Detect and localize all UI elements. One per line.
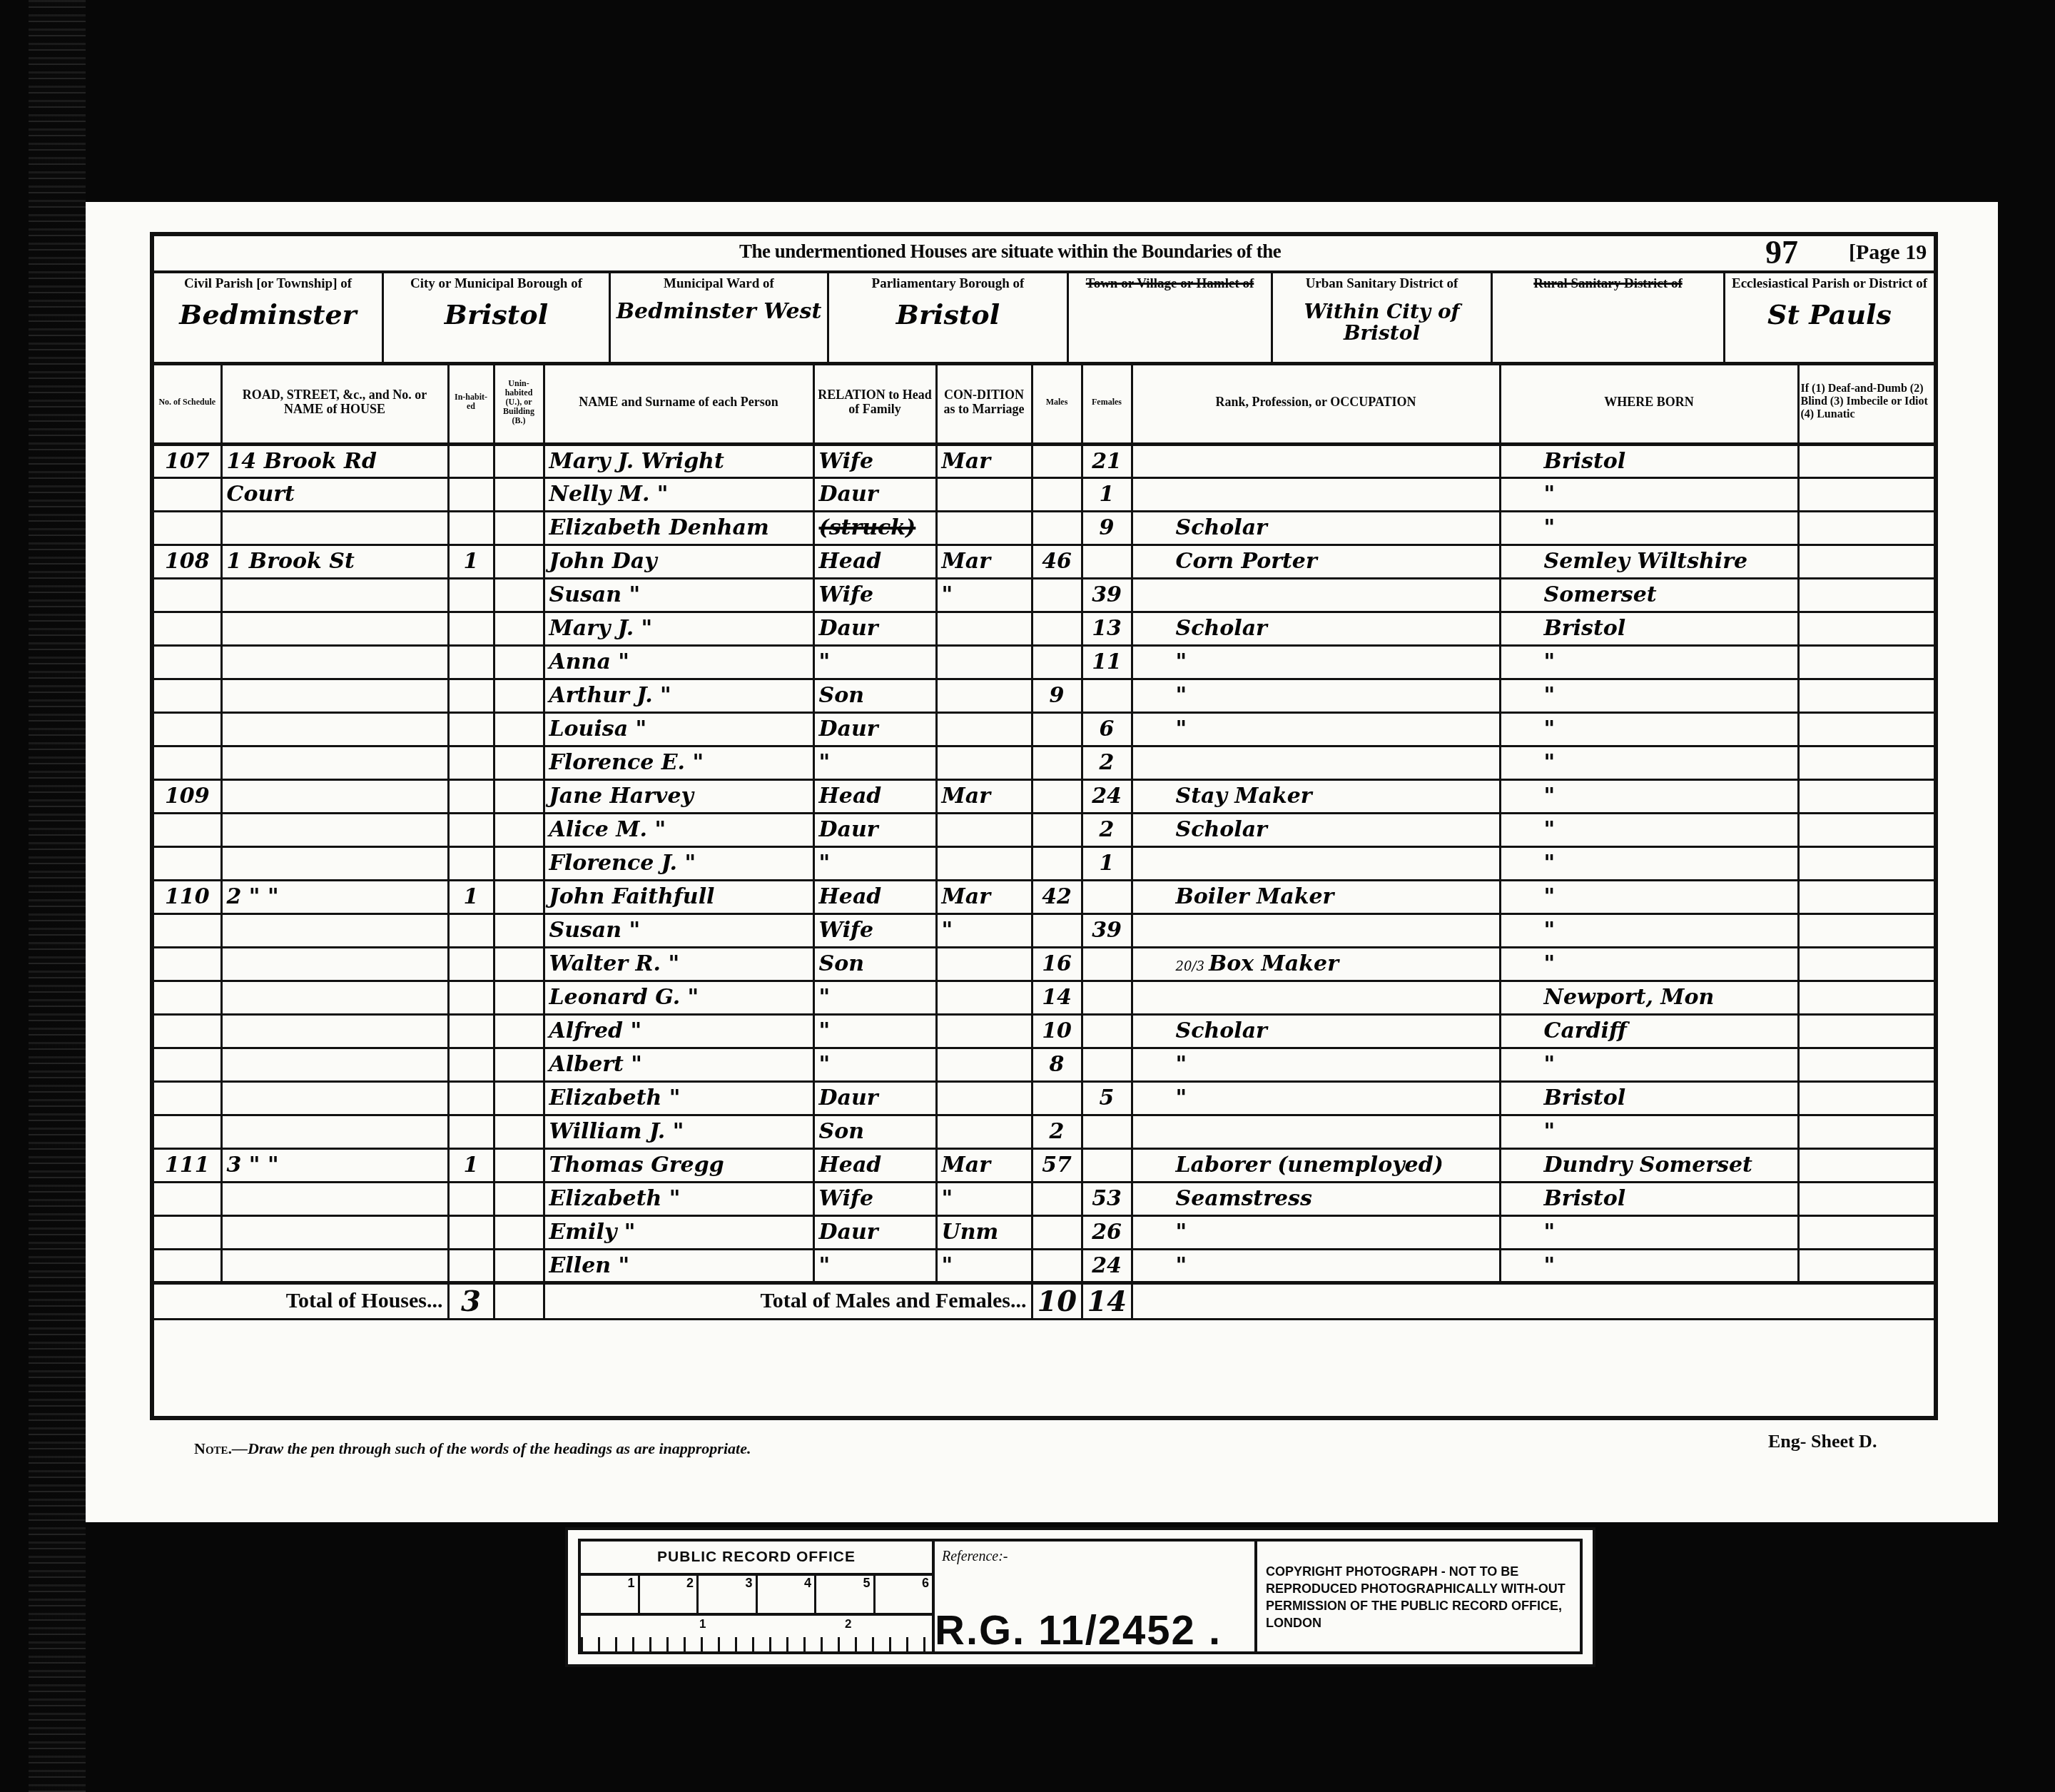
table-row: Albert ""8"" [154, 1048, 1934, 1081]
inch-mark: 6 [876, 1576, 933, 1613]
cm-scale: 1 2 [581, 1616, 932, 1653]
civil-parish-label: Civil Parish [or Township] of [154, 276, 382, 291]
where-born-cell: " [1500, 813, 1798, 846]
road-cell [221, 846, 448, 880]
table-row: Alfred ""10ScholarCardiff [154, 1014, 1934, 1048]
road-cell [221, 1182, 448, 1215]
where-born-cell: " [1500, 746, 1798, 779]
condition-cell [936, 846, 1032, 880]
road-cell [221, 645, 448, 679]
uninhabited-cell [494, 545, 544, 578]
inhabited-cell [448, 1014, 494, 1048]
occupation-cell: Scholar [1132, 1014, 1500, 1048]
census-table: No. of Schedule ROAD, STREET, &c., and N… [154, 362, 1934, 1320]
male-age-cell: 16 [1032, 947, 1082, 981]
table-row: 1081 Brook St1John DayHeadMar46Corn Port… [154, 545, 1934, 578]
table-row: Elizabeth Denham(struck)9Scholar" [154, 511, 1934, 545]
infirmity-cell [1798, 1148, 1934, 1182]
female-age-cell: 53 [1082, 1182, 1132, 1215]
road-cell [221, 947, 448, 981]
road-cell: 3 " " [221, 1148, 448, 1182]
infirmity-cell [1798, 477, 1934, 511]
infirmity-cell [1798, 1249, 1934, 1282]
occupation-cell [1132, 477, 1500, 511]
header-road: ROAD, STREET, &c., and No. or NAME of HO… [221, 362, 448, 444]
inhabited-cell [448, 846, 494, 880]
parliamentary-borough-cell: Parliamentary Borough of Bristol [829, 270, 1069, 362]
uninhabited-cell [494, 813, 544, 846]
relation-cell: " [813, 1048, 936, 1081]
male-age-cell [1032, 746, 1082, 779]
occupation-cell: " [1132, 1215, 1500, 1249]
name-cell: Alice M. " [544, 813, 813, 846]
name-cell: Mary J. " [544, 612, 813, 645]
total-females-value: 14 [1082, 1282, 1132, 1319]
reference-value: R.G. 11/2452 . [935, 1606, 1222, 1654]
table-row: Florence J. ""1" [154, 846, 1934, 880]
relation-cell: " [813, 645, 936, 679]
footnote: Note.—Draw the pen through such of the w… [194, 1439, 751, 1458]
condition-cell [936, 612, 1032, 645]
header-relation: RELATION to Head of Family [813, 362, 936, 444]
occupation-cell: " [1132, 1048, 1500, 1081]
male-age-cell [1032, 645, 1082, 679]
scale-ruler: PUBLIC RECORD OFFICE 1 2 3 4 5 6 1 2 [581, 1542, 935, 1651]
occupation-cell: Corn Porter [1132, 545, 1500, 578]
infirmity-cell [1798, 511, 1934, 545]
inhabited-cell: 1 [448, 880, 494, 913]
occupation-cell [1132, 746, 1500, 779]
uninhabited-cell [494, 1081, 544, 1115]
inhabited-cell [448, 1249, 494, 1282]
sheet-number: 97 [1765, 233, 1798, 271]
female-age-cell [1082, 545, 1132, 578]
rural-sanitary-cell: Rural Sanitary District of [1493, 270, 1725, 362]
infirmity-cell [1798, 746, 1934, 779]
name-cell: Emily " [544, 1215, 813, 1249]
cm-mark: 2 [845, 1617, 851, 1631]
where-born-cell: " [1500, 511, 1798, 545]
where-born-cell: " [1500, 477, 1798, 511]
table-row: Ellen """24"" [154, 1249, 1934, 1282]
relation-cell: Daur [813, 813, 936, 846]
male-age-cell [1032, 444, 1082, 477]
male-age-cell [1032, 477, 1082, 511]
where-born-cell: " [1500, 880, 1798, 913]
road-cell [221, 712, 448, 746]
name-cell: Mary J. Wright [544, 444, 813, 477]
road-cell [221, 1081, 448, 1115]
road-cell: 2 " " [221, 880, 448, 913]
header-occupation: Rank, Profession, or OCCUPATION [1132, 362, 1500, 444]
condition-cell: " [936, 1182, 1032, 1215]
inhabited-cell: 1 [448, 1148, 494, 1182]
name-cell: Florence J. " [544, 846, 813, 880]
table-row: Walter R. "Son1620/3Box Maker" [154, 947, 1934, 981]
female-age-cell [1082, 1115, 1132, 1148]
where-born-cell: " [1500, 1115, 1798, 1148]
title-row: The undermentioned Houses are situate wi… [154, 236, 1934, 273]
archive-label: PUBLIC RECORD OFFICE 1 2 3 4 5 6 1 2 Ref… [565, 1527, 1595, 1667]
inhabited-cell [448, 578, 494, 612]
total-persons-label: Total of Males and Females... [544, 1282, 1032, 1319]
female-age-cell [1082, 947, 1132, 981]
infirmity-cell [1798, 779, 1934, 813]
male-age-cell [1032, 1182, 1082, 1215]
table-row: CourtNelly M. "Daur1" [154, 477, 1934, 511]
relation-cell: Wife [813, 578, 936, 612]
relation-cell: " [813, 846, 936, 880]
where-born-cell: " [1500, 779, 1798, 813]
table-row: Alice M. "Daur2Scholar" [154, 813, 1934, 846]
total-males-value: 10 [1032, 1282, 1082, 1319]
female-age-cell: 26 [1082, 1215, 1132, 1249]
table-row: Susan "Wife"39" [154, 913, 1934, 947]
inhabited-cell [448, 1115, 494, 1148]
where-born-cell: Bristol [1500, 612, 1798, 645]
relation-cell: Head [813, 545, 936, 578]
relation-cell: Wife [813, 913, 936, 947]
urban-sanitary-value: Within City of Bristol [1273, 301, 1491, 344]
uninhabited-cell [494, 1048, 544, 1081]
schedule-cell: 111 [154, 1148, 221, 1182]
road-cell [221, 1115, 448, 1148]
infirmity-cell [1798, 947, 1934, 981]
name-cell: Jane Harvey [544, 779, 813, 813]
occupation-text: Box Maker [1209, 951, 1339, 976]
occupation-cell: Scholar [1132, 511, 1500, 545]
where-born-cell: Cardiff [1500, 1014, 1798, 1048]
road-cell: 14 Brook Rd [221, 444, 448, 477]
total-uninhabited-cell [494, 1282, 544, 1319]
female-age-cell: 1 [1082, 846, 1132, 880]
infirmity-cell [1798, 1014, 1934, 1048]
female-age-cell: 24 [1082, 1249, 1132, 1282]
condition-cell [936, 511, 1032, 545]
inch-scale: 1 2 3 4 5 6 [581, 1576, 932, 1616]
census-table-wrapper: No. of Schedule ROAD, STREET, &c., and N… [154, 362, 1934, 1416]
name-cell: Florence E. " [544, 746, 813, 779]
condition-cell [936, 813, 1032, 846]
condition-cell [936, 1048, 1032, 1081]
table-row: Mary J. "Daur13ScholarBristol [154, 612, 1934, 645]
uninhabited-cell [494, 1215, 544, 1249]
where-born-cell: Dundry Somerset [1500, 1148, 1798, 1182]
occupation-cell: Boiler Maker [1132, 880, 1500, 913]
municipal-ward-value: Bedminster West [611, 301, 827, 323]
table-row: Leonard G. ""14Newport, Mon [154, 981, 1934, 1014]
infirmity-cell [1798, 578, 1934, 612]
female-age-cell: 9 [1082, 511, 1132, 545]
schedule-cell [154, 913, 221, 947]
occupation-note: 20/3 [1176, 959, 1204, 974]
census-form: The undermentioned Houses are situate wi… [150, 232, 1938, 1420]
male-age-cell [1032, 813, 1082, 846]
male-age-cell: 57 [1032, 1148, 1082, 1182]
condition-cell [936, 1014, 1032, 1048]
form-title: The undermentioned Houses are situate wi… [739, 241, 1281, 263]
inhabited-cell [448, 981, 494, 1014]
female-age-cell [1082, 1048, 1132, 1081]
where-born-cell: Semley Wiltshire [1500, 545, 1798, 578]
male-age-cell: 46 [1032, 545, 1082, 578]
relation-cell: Son [813, 947, 936, 981]
condition-cell: Mar [936, 545, 1032, 578]
inhabited-cell [448, 947, 494, 981]
infirmity-cell [1798, 880, 1934, 913]
schedule-cell [154, 947, 221, 981]
relation-cell: Wife [813, 444, 936, 477]
parliamentary-borough-label: Parliamentary Borough of [829, 276, 1067, 291]
schedule-cell [154, 477, 221, 511]
female-age-cell [1082, 679, 1132, 712]
totals-blank [1132, 1282, 1934, 1319]
uninhabited-cell [494, 1014, 544, 1048]
female-age-cell: 2 [1082, 813, 1132, 846]
uninhabited-cell [494, 645, 544, 679]
where-born-cell: Bristol [1500, 1182, 1798, 1215]
occupation-cell [1132, 913, 1500, 947]
name-cell: John Faithfull [544, 880, 813, 913]
occupation-cell: " [1132, 1081, 1500, 1115]
schedule-cell: 110 [154, 880, 221, 913]
condition-cell: Mar [936, 880, 1032, 913]
relation-cell: Head [813, 779, 936, 813]
table-row: Emily "DaurUnm26"" [154, 1215, 1934, 1249]
where-born-cell: Bristol [1500, 444, 1798, 477]
road-cell [221, 779, 448, 813]
infirmity-cell [1798, 545, 1934, 578]
condition-cell [936, 712, 1032, 746]
male-age-cell [1032, 1081, 1082, 1115]
where-born-cell: " [1500, 1215, 1798, 1249]
inhabited-cell [448, 612, 494, 645]
where-born-cell: " [1500, 645, 1798, 679]
table-row: Arthur J. "Son9"" [154, 679, 1934, 712]
inhabited-cell [448, 444, 494, 477]
male-age-cell [1032, 913, 1082, 947]
male-age-cell [1032, 1215, 1082, 1249]
male-age-cell: 9 [1032, 679, 1082, 712]
relation-cell: Wife [813, 1182, 936, 1215]
occupation-cell: " [1132, 712, 1500, 746]
condition-cell [936, 679, 1032, 712]
uninhabited-cell [494, 746, 544, 779]
column-headers: No. of Schedule ROAD, STREET, &c., and N… [154, 362, 1934, 444]
road-cell [221, 813, 448, 846]
table-row: William J. "Son2" [154, 1115, 1934, 1148]
name-cell: Anna " [544, 645, 813, 679]
occupation-cell [1132, 981, 1500, 1014]
condition-cell: Mar [936, 1148, 1032, 1182]
infirmity-cell [1798, 1215, 1934, 1249]
road-cell [221, 511, 448, 545]
where-born-cell: " [1500, 679, 1798, 712]
occupation-cell: Laborer (unemployed) [1132, 1148, 1500, 1182]
where-born-cell: " [1500, 1249, 1798, 1282]
where-born-cell: " [1500, 846, 1798, 880]
total-houses-label: Total of Houses... [154, 1282, 448, 1319]
inhabited-cell [448, 1048, 494, 1081]
road-cell [221, 679, 448, 712]
municipal-ward-cell: Municipal Ward of Bedminster West [611, 270, 829, 362]
uninhabited-cell [494, 947, 544, 981]
infirmity-cell [1798, 913, 1934, 947]
inhabited-cell [448, 712, 494, 746]
road-cell [221, 1249, 448, 1282]
inhabited-cell [448, 1215, 494, 1249]
inch-mark: 3 [699, 1576, 758, 1613]
infirmity-cell [1798, 1081, 1934, 1115]
table-row: 109Jane HarveyHeadMar24Stay Maker" [154, 779, 1934, 813]
name-cell: Susan " [544, 913, 813, 947]
table-row: Anna ""11"" [154, 645, 1934, 679]
name-cell: Albert " [544, 1048, 813, 1081]
relation-cell: Son [813, 679, 936, 712]
reference-box: Reference:- R.G. 11/2452 . [935, 1542, 1257, 1651]
relation-cell: Daur [813, 612, 936, 645]
infirmity-cell [1798, 1182, 1934, 1215]
name-cell: Ellen " [544, 1249, 813, 1282]
table-row: Florence E. ""2" [154, 746, 1934, 779]
urban-sanitary-cell: Urban Sanitary District of Within City o… [1273, 270, 1493, 362]
female-age-cell: 2 [1082, 746, 1132, 779]
female-age-cell: 11 [1082, 645, 1132, 679]
road-cell [221, 981, 448, 1014]
occupation-cell: " [1132, 1249, 1500, 1282]
female-age-cell: 1 [1082, 477, 1132, 511]
condition-cell [936, 981, 1032, 1014]
header-age-females: Females [1082, 362, 1132, 444]
footnote-text: —Draw the pen through such of the words … [232, 1439, 751, 1457]
table-row: Susan "Wife"39Somerset [154, 578, 1934, 612]
name-cell: Arthur J. " [544, 679, 813, 712]
relation-cell: " [813, 1014, 936, 1048]
where-born-cell: " [1500, 913, 1798, 947]
condition-cell: " [936, 1249, 1032, 1282]
relation-cell: " [813, 981, 936, 1014]
table-row: 1102 " "1John FaithfullHeadMar42Boiler M… [154, 880, 1934, 913]
name-cell: Elizabeth " [544, 1182, 813, 1215]
name-cell: William J. " [544, 1115, 813, 1148]
sheet-label: Eng- Sheet D. [1768, 1431, 1877, 1452]
relation-cell: Daur [813, 477, 936, 511]
occupation-cell: 20/3Box Maker [1132, 947, 1500, 981]
town-village-label: Town or Village or Hamlet of [1069, 276, 1271, 291]
infirmity-cell [1798, 444, 1934, 477]
table-row: Elizabeth "Daur5"Bristol [154, 1081, 1934, 1115]
male-age-cell: 10 [1032, 1014, 1082, 1048]
uninhabited-cell [494, 1148, 544, 1182]
page-number: [Page 19 [1849, 241, 1927, 265]
condition-cell: " [936, 578, 1032, 612]
archive-label-inner: PUBLIC RECORD OFFICE 1 2 3 4 5 6 1 2 Ref… [578, 1539, 1583, 1654]
uninhabited-cell [494, 913, 544, 947]
road-cell [221, 1014, 448, 1048]
condition-cell [936, 1081, 1032, 1115]
uninhabited-cell [494, 1182, 544, 1215]
civil-parish-cell: Civil Parish [or Township] of Bedminster [154, 270, 384, 362]
female-age-cell: 39 [1082, 578, 1132, 612]
uninhabited-cell [494, 846, 544, 880]
condition-cell [936, 645, 1032, 679]
male-age-cell: 14 [1032, 981, 1082, 1014]
schedule-cell [154, 813, 221, 846]
uninhabited-cell [494, 511, 544, 545]
uninhabited-cell [494, 779, 544, 813]
ecclesiastical-parish-cell: Ecclesiastical Parish or District of St … [1725, 270, 1934, 362]
ecclesiastical-parish-value: St Pauls [1725, 301, 1934, 328]
header-age-males: Males [1032, 362, 1082, 444]
municipal-borough-value: Bristol [384, 301, 609, 328]
header-condition: CON-DITION as to Marriage [936, 362, 1032, 444]
schedule-cell [154, 846, 221, 880]
schedule-cell [154, 645, 221, 679]
occupation-cell: Scholar [1132, 612, 1500, 645]
where-born-cell: " [1500, 947, 1798, 981]
condition-cell [936, 1115, 1032, 1148]
schedule-cell [154, 511, 221, 545]
infirmity-cell [1798, 679, 1934, 712]
schedule-cell [154, 712, 221, 746]
census-rows: 10714 Brook RdMary J. WrightWifeMar21Bri… [154, 444, 1934, 1282]
relation-cell: Head [813, 1148, 936, 1182]
where-born-cell: Bristol [1500, 1081, 1798, 1115]
name-cell: Alfred " [544, 1014, 813, 1048]
male-age-cell [1032, 578, 1082, 612]
infirmity-cell [1798, 846, 1934, 880]
male-age-cell: 2 [1032, 1115, 1082, 1148]
table-row: 10714 Brook RdMary J. WrightWifeMar21Bri… [154, 444, 1934, 477]
male-age-cell [1032, 612, 1082, 645]
cm-mark: 1 [699, 1617, 706, 1631]
name-cell: Thomas Gregg [544, 1148, 813, 1182]
male-age-cell [1032, 846, 1082, 880]
table-row: 1113 " "1Thomas GreggHeadMar57Laborer (u… [154, 1148, 1934, 1182]
name-cell: Nelly M. " [544, 477, 813, 511]
inhabited-cell [448, 779, 494, 813]
uninhabited-cell [494, 1115, 544, 1148]
relation-cell: Head [813, 880, 936, 913]
schedule-cell [154, 612, 221, 645]
male-age-cell [1032, 1249, 1082, 1282]
where-born-cell: Newport, Mon [1500, 981, 1798, 1014]
road-cell [221, 746, 448, 779]
archive-office-name: PUBLIC RECORD OFFICE [581, 1542, 932, 1576]
header-uninhabited: Unin-habited (U.), or Building (B.) [494, 362, 544, 444]
relation-cell: (struck) [813, 511, 936, 545]
female-age-cell: 39 [1082, 913, 1132, 947]
relation-cell: " [813, 1249, 936, 1282]
header-inhabited: In-habit-ed [448, 362, 494, 444]
relation-cell: Daur [813, 1081, 936, 1115]
schedule-cell [154, 746, 221, 779]
rural-sanitary-label: Rural Sanitary District of [1493, 276, 1723, 291]
admin-areas: Civil Parish [or Township] of Bedminster… [154, 270, 1934, 365]
municipal-ward-label: Municipal Ward of [611, 276, 827, 291]
male-age-cell [1032, 779, 1082, 813]
schedule-cell [154, 1115, 221, 1148]
where-born-cell: Somerset [1500, 578, 1798, 612]
ecclesiastical-parish-label: Ecclesiastical Parish or District of [1725, 276, 1934, 291]
condition-cell: Mar [936, 779, 1032, 813]
name-cell: John Day [544, 545, 813, 578]
uninhabited-cell [494, 477, 544, 511]
uninhabited-cell [494, 712, 544, 746]
female-age-cell [1082, 880, 1132, 913]
male-age-cell [1032, 712, 1082, 746]
municipal-borough-cell: City or Municipal Borough of Bristol [384, 270, 611, 362]
